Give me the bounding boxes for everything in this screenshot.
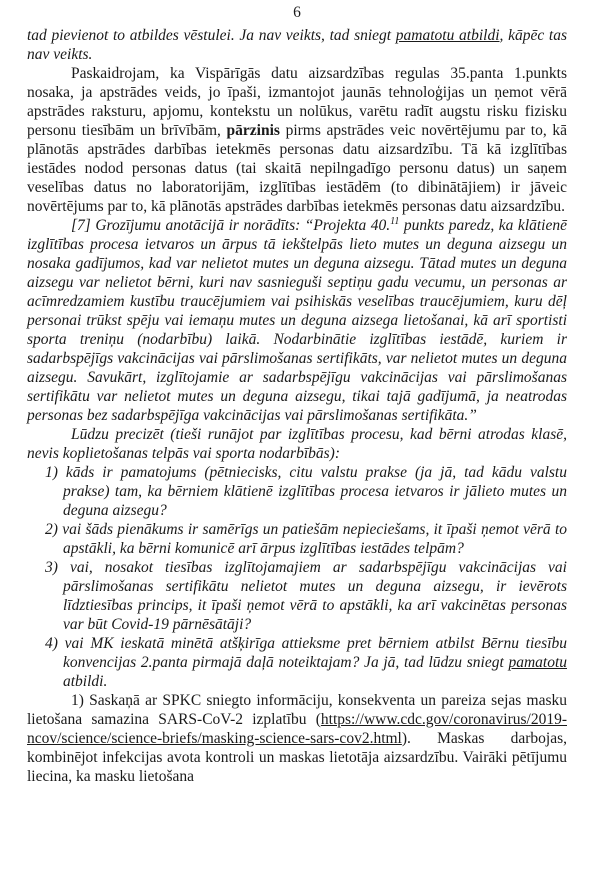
- list-number: 3): [45, 559, 58, 576]
- underlined-text: pamatotu atbildi: [396, 27, 500, 44]
- question-list: 1) kāds ir pamatojums (pētniecisks, citu…: [27, 463, 567, 691]
- page-number: 6: [27, 3, 567, 22]
- paragraph-continuation: tad pievienot to atbildes vēstulei. Ja n…: [27, 26, 567, 64]
- document-page: 6 tad pievienot to atbildes vēstulei. Ja…: [0, 0, 600, 870]
- text-segment: vai šāds pienākums ir samērīgs un patieš…: [62, 521, 567, 557]
- list-item-4: 4) vai MK ieskatā minētā atšķirīga attie…: [63, 634, 567, 691]
- list-item-2: 2) vai šāds pienākums ir samērīgs un pat…: [63, 520, 567, 558]
- list-number: 2): [45, 521, 58, 538]
- list-number: 4): [45, 635, 58, 652]
- paragraph-clarification-request: Lūdzu precizēt (tieši runājot par izglīt…: [27, 425, 567, 463]
- bold-term: pārzinis: [227, 122, 280, 139]
- paragraph-annotation-quote: [7] Grozījumu anotācijā ir norādīts: “Pr…: [27, 216, 567, 425]
- list-number: 1): [45, 464, 58, 481]
- text-segment: tad pievienot to atbildes vēstulei. Ja n…: [27, 27, 396, 44]
- list-item-1: 1) kāds ir pamatojums (pētniecisks, citu…: [63, 463, 567, 520]
- list-item-3: 3) vai, nosakot tiesības izglītojamajiem…: [63, 558, 567, 634]
- paragraph-gdpr-explanation: Paskaidrojam, ka Vispārīgās datu aizsard…: [27, 64, 567, 216]
- text-segment: vai MK ieskatā minētā atšķirīga attieksm…: [63, 635, 567, 671]
- text-segment: punkts paredz, ka klātienē izglītības pr…: [27, 217, 567, 424]
- superscript-reference: 11: [390, 216, 399, 227]
- text-segment: [7] Grozījumu anotācijā ir norādīts: “Pr…: [71, 217, 390, 234]
- paragraph-spkc-info: 1) Saskaņā ar SPKC sniegto informāciju, …: [27, 691, 567, 786]
- text-segment: atbildi.: [63, 673, 107, 690]
- underlined-text: pamatotu: [508, 654, 567, 671]
- text-segment: vai, nosakot tiesības izglītojamajiem ar…: [63, 559, 567, 633]
- text-segment: kāds ir pamatojums (pētniecisks, citu va…: [63, 464, 567, 519]
